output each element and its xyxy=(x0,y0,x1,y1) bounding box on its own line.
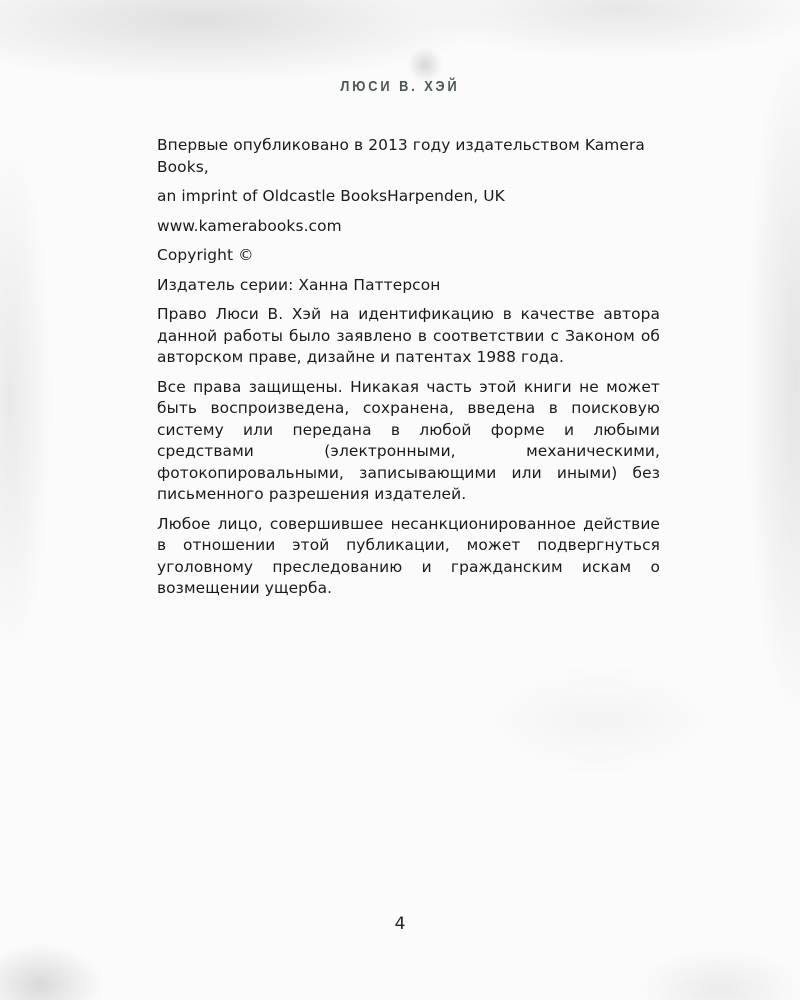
publication-note: Впервые опубликовано в 2013 году издател… xyxy=(157,135,660,178)
publisher-website: www.kamerabooks.com xyxy=(157,216,660,238)
legal-warning-paragraph: Любое лицо, совершившее несанкционирован… xyxy=(157,514,660,600)
moral-rights-paragraph: Право Люси В. Хэй на идентификацию в кач… xyxy=(157,304,660,369)
all-rights-reserved-paragraph: Все права защищены. Никакая часть этой к… xyxy=(157,377,660,506)
copyright-page-body: Впервые опубликовано в 2013 году издател… xyxy=(157,135,660,608)
series-editor: Издатель серии: Ханна Паттерсон xyxy=(157,275,660,297)
copyright-line: Copyright © xyxy=(157,245,660,267)
page-number: 4 xyxy=(0,914,800,934)
imprint-note: an imprint of Oldcastle BooksHarpenden, … xyxy=(157,186,660,208)
running-head-author: ЛЮСИ В. ХЭЙ xyxy=(60,78,740,95)
